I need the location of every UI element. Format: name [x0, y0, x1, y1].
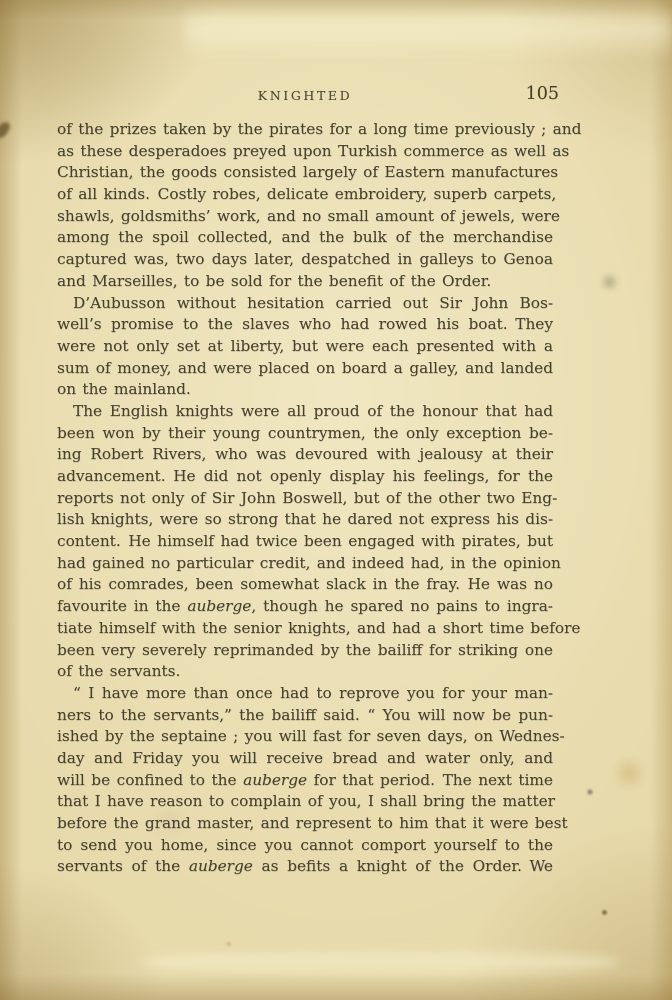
text-line: of the prizes taken by the pirates for a…	[57, 119, 553, 141]
blotch-tan	[612, 756, 646, 790]
text-segment: shawls, goldsmiths’ work, and no small a…	[57, 207, 560, 225]
speck-gray	[586, 788, 594, 796]
text-line: lish knights, were so strong that he dar…	[57, 509, 553, 531]
text-line: content. He himself had twice been engag…	[57, 531, 553, 553]
text-line: on the mainland.	[57, 379, 553, 401]
text-line: of his comrades, been somewhat slack in …	[57, 574, 553, 596]
text-line: Christian, the goods consisted largely o…	[57, 162, 553, 184]
italic-text: auberge	[187, 597, 251, 615]
page-number: 105	[526, 84, 559, 104]
text-line: D’Aubusson without hesitation carried ou…	[57, 293, 553, 315]
text-line: been won by their young countrymen, the …	[57, 423, 553, 445]
text-line: ing Robert Rivers, who was devoured with…	[57, 444, 553, 466]
paper-light-band-bottom	[140, 948, 620, 976]
text-line: had gained no particular credit, and ind…	[57, 553, 553, 575]
text-segment: as these desperadoes preyed upon Turkish…	[57, 142, 569, 160]
text-line: and Marseilles, to be sold for the benef…	[57, 271, 553, 293]
book-page: KNIGHTED 105 of the prizes taken by the …	[0, 0, 672, 1000]
text-segment: before the grand master, and represent t…	[57, 814, 568, 832]
text-segment: on the mainland.	[57, 380, 191, 398]
text-segment: , though he spared no pains to ingra-	[251, 597, 553, 615]
text-line: been very severely reprimanded by the ba…	[57, 640, 553, 662]
text-line: shawls, goldsmiths’ work, and no small a…	[57, 206, 553, 228]
text-segment: and Marseilles, to be sold for the benef…	[57, 272, 491, 290]
text-segment: were not only set at liberty, but were e…	[57, 337, 553, 355]
text-segment: captured was, two days later, despatched…	[57, 250, 553, 268]
text-segment: D’Aubusson without hesitation carried ou…	[73, 294, 553, 312]
text-segment: “ I have more than once had to reprove y…	[73, 684, 553, 702]
text-segment: ners to the servants,” the bailiff said.…	[57, 706, 553, 724]
italic-text: auberge	[189, 857, 253, 875]
text-segment: to send you home, since you cannot compo…	[57, 836, 553, 854]
text-segment: content. He himself had twice been engag…	[57, 532, 553, 550]
stain-right-mid	[600, 272, 619, 292]
text-line: servants of the auberge as befits a knig…	[57, 856, 553, 878]
text-line: “ I have more than once had to reprove y…	[57, 683, 553, 705]
text-segment: well’s promise to the slaves who had row…	[57, 315, 553, 333]
text-line: as these desperadoes preyed upon Turkish…	[57, 141, 553, 163]
text-segment: had gained no particular credit, and ind…	[57, 554, 561, 572]
text-segment: servants of the	[57, 857, 189, 875]
text-segment: reports not only of Sir John Boswell, bu…	[57, 489, 557, 507]
text-segment: favourite in the	[57, 597, 187, 615]
text-segment: lish knights, were so strong that he dar…	[57, 510, 553, 528]
text-segment: of the servants.	[57, 662, 180, 680]
text-line: advancement. He did not openly display h…	[57, 466, 553, 488]
text-segment: as befits a knight of the Order. We	[253, 857, 553, 875]
text-segment: Christian, the goods consisted largely o…	[57, 163, 558, 181]
text-line: reports not only of Sir John Boswell, bu…	[57, 488, 553, 510]
text-segment: advancement. He did not openly display h…	[57, 467, 553, 485]
text-line: of all kinds. Costly robes, delicate emb…	[57, 184, 553, 206]
running-title: KNIGHTED	[258, 88, 352, 103]
text-line: captured was, two days later, despatched…	[57, 249, 553, 271]
text-segment: sum of money, and were placed on board a…	[57, 359, 553, 377]
speck-brown	[601, 909, 608, 916]
text-line: among the spoil collected, and the bulk …	[57, 227, 553, 249]
text-line: will be confined to the auberge for that…	[57, 770, 553, 792]
text-line: day and Friday you will receive bread an…	[57, 748, 553, 770]
text-line: The English knights were all proud of th…	[57, 401, 553, 423]
text-segment: that I have reason to complain of you, I…	[57, 792, 555, 810]
text-line: tiate himself with the senior knights, a…	[57, 618, 553, 640]
text-segment: will be confined to the	[57, 771, 243, 789]
text-segment: The English knights were all proud of th…	[73, 402, 553, 420]
text-line: of the servants.	[57, 661, 553, 683]
text-segment: among the spoil collected, and the bulk …	[57, 228, 553, 246]
text-segment: day and Friday you will receive bread an…	[57, 749, 553, 767]
text-line: favourite in the auberge, though he spar…	[57, 596, 553, 618]
text-line: to send you home, since you cannot compo…	[57, 835, 553, 857]
speck-pink	[225, 941, 232, 947]
text-segment: for that period. The next time	[307, 771, 553, 789]
text-segment: ing Robert Rivers, who was devoured with…	[57, 445, 553, 463]
page-header: KNIGHTED 105	[57, 84, 553, 106]
text-segment: been won by their young countrymen, the …	[57, 424, 553, 442]
text-segment: ished by the septaine ; you will fast fo…	[57, 727, 565, 745]
paper-light-band-top	[185, 6, 672, 58]
text-line: sum of money, and were placed on board a…	[57, 358, 553, 380]
text-line: that I have reason to complain of you, I…	[57, 791, 553, 813]
text-line: well’s promise to the slaves who had row…	[57, 314, 553, 336]
text-line: ished by the septaine ; you will fast fo…	[57, 726, 553, 748]
text-segment: of all kinds. Costly robes, delicate emb…	[57, 185, 556, 203]
text-segment: been very severely reprimanded by the ba…	[57, 641, 553, 659]
text-line: were not only set at liberty, but were e…	[57, 336, 553, 358]
text-line: before the grand master, and represent t…	[57, 813, 553, 835]
stain-left-edge	[0, 119, 12, 140]
text-line: ners to the servants,” the bailiff said.…	[57, 705, 553, 727]
page-body: of the prizes taken by the pirates for a…	[57, 119, 553, 878]
text-segment: of his comrades, been somewhat slack in …	[57, 575, 553, 593]
text-segment: tiate himself with the senior knights, a…	[57, 619, 580, 637]
text-segment: of the prizes taken by the pirates for a…	[57, 120, 581, 138]
italic-text: auberge	[243, 771, 307, 789]
